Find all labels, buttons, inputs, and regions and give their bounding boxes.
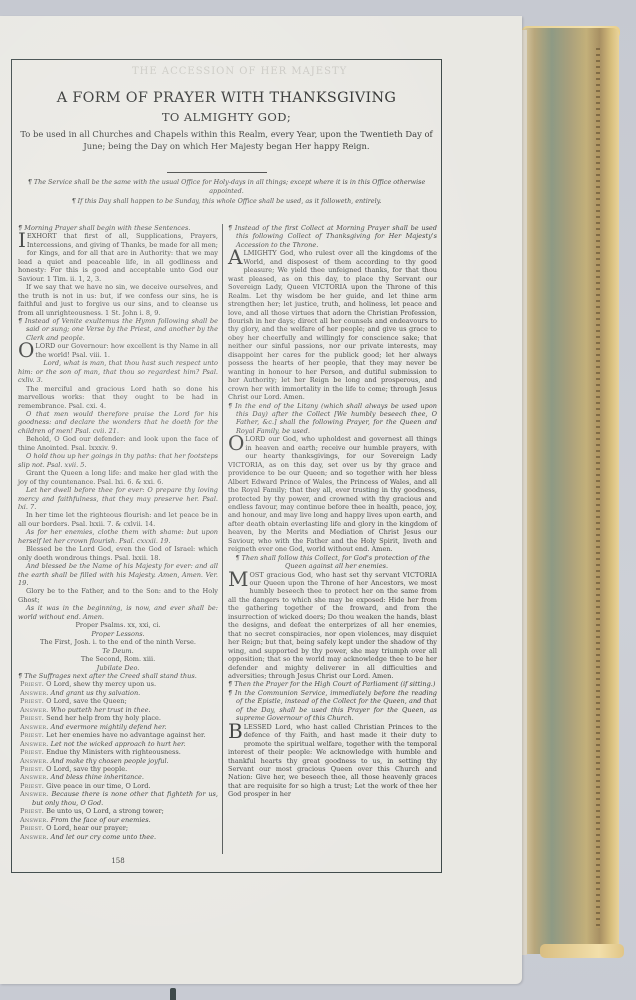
sentence: If we say that we have no sin, we deceiv… xyxy=(18,283,218,317)
collect-text: OST gracious God, who hast set thy serva… xyxy=(228,571,437,680)
hymn-verse: Behold, O God our defender: and look upo… xyxy=(18,435,218,452)
hymn-verse: And blessed be the Name of his Majesty f… xyxy=(18,562,218,587)
ribbon-marker xyxy=(170,988,176,1000)
service-note: ¶ The Service shall be the same with the… xyxy=(18,178,435,195)
suffrage-line: Answer. From the face of our enemies. xyxy=(18,816,218,824)
hymn-verse: Let her dwell before thee for ever: O pr… xyxy=(18,486,218,511)
suffrage-text: Be unto us, O Lord, a strong tower; xyxy=(46,807,164,815)
suffrage-text: From the face of our enemies. xyxy=(51,816,151,824)
drop-cap: O xyxy=(228,435,244,452)
rubric: ¶ Then the Prayer for the High Court of … xyxy=(228,680,437,688)
hymn-verse: The merciful and gracious Lord hath so d… xyxy=(18,385,218,410)
suffrage-line: Priest. O Lord, hear our prayer; xyxy=(18,824,218,832)
speaker-role: Priest. xyxy=(20,731,44,739)
rubric: ¶ In the Communion Service, immediately … xyxy=(228,689,437,723)
column-divider xyxy=(222,224,223,854)
suffrage-line: Priest. Endue thy Ministers with righteo… xyxy=(18,748,218,756)
speaker-role: Answer. xyxy=(20,833,49,841)
speaker-role: Answer. xyxy=(20,689,49,697)
suffrage-text: O Lord, hear our prayer; xyxy=(46,824,128,832)
suffrages-list: Priest. O Lord, shew thy mercy upon us. … xyxy=(18,680,218,841)
speaker-role: Answer. xyxy=(20,790,49,798)
verse-text: LORD our Governour: how excellent is thy… xyxy=(35,342,218,358)
suffrage-line: Priest. Send her help from thy holy plac… xyxy=(18,714,218,722)
suffrage-text: O Lord, save thy people. xyxy=(46,765,127,773)
speaker-role: Answer. xyxy=(20,723,49,731)
page-number: 158 xyxy=(12,857,224,865)
suffrage-text: Send her help from thy holy place. xyxy=(46,714,161,722)
suffrage-text: And grant us thy salvation. xyxy=(51,689,141,697)
suffrage-text: Endue thy Ministers with righteousness. xyxy=(46,748,181,756)
speaker-role: Priest. xyxy=(20,748,44,756)
suffrage-text: O Lord, shew thy mercy upon us. xyxy=(46,680,156,688)
suffrage-line: Answer. And let our cry come unto thee. xyxy=(18,833,218,841)
suffrage-line: Answer. And make thy chosen people joyfu… xyxy=(18,757,218,765)
page-frame: THE ACCESSION OF HER MAJESTY A FORM OF P… xyxy=(11,59,442,873)
rubric: ¶ The Suffrages next after the Creed sha… xyxy=(18,672,218,680)
suffrage-line: Priest. O Lord, save the Queen; xyxy=(18,697,218,705)
speaker-role: Answer. xyxy=(20,773,49,781)
hymn-verse: OLORD our Governour: how excellent is th… xyxy=(18,342,218,359)
drop-cap: A xyxy=(228,249,242,266)
drop-cap: O xyxy=(18,342,34,359)
sentence-text: EXHORT that first of all, Supplications,… xyxy=(18,232,218,282)
hymn-verse: Glory be to the Father, and to the Son: … xyxy=(18,587,218,604)
page-title: A FORM OF PRAYER WITH THANKSGIVING xyxy=(12,90,441,106)
collect: MOST gracious God, who hast set thy serv… xyxy=(228,571,437,681)
suffrage-text: Because there is none other that fightet… xyxy=(32,790,218,806)
speaker-role: Priest. xyxy=(20,714,44,722)
suffrage-line: Answer. And grant us thy salvation. xyxy=(18,689,218,697)
speaker-role: Priest. xyxy=(20,807,44,815)
suffrage-text: And let our cry come unto thee. xyxy=(51,833,156,841)
te-deum: Te Deum. xyxy=(18,647,218,655)
suffrage-line: Answer. And evermore mightily defend her… xyxy=(18,723,218,731)
book-page: THE ACCESSION OF HER MAJESTY A FORM OF P… xyxy=(0,16,522,984)
suffrage-text: And bless thine inheritance. xyxy=(51,773,144,781)
speaker-role: Priest. xyxy=(20,680,44,688)
suffrage-text: O Lord, save the Queen; xyxy=(46,697,127,705)
gilt-page-edges xyxy=(523,28,619,954)
suffrage-line: Priest. Give peace in our time, O Lord. xyxy=(18,782,218,790)
page-subtitle: TO ALMIGHTY GOD; xyxy=(12,110,441,124)
proper-psalms: Proper Psalms. xx, xxi, ci. xyxy=(18,621,218,629)
hymn-verse: O that men would therefore praise the Lo… xyxy=(18,410,218,435)
suffrage-line: Answer. Who putteth her trust in thee. xyxy=(18,706,218,714)
prayer-text: LORD our God, who upholdest and governes… xyxy=(228,435,437,553)
drop-cap: M xyxy=(228,571,248,588)
hymn-verse: Lord, what is man, that thou hast such r… xyxy=(18,359,218,384)
suffrage-line: Answer. Let not the wicked approach to h… xyxy=(18,740,218,748)
proper-lessons: Proper Lessons. xyxy=(18,630,218,638)
speaker-role: Answer. xyxy=(20,816,49,824)
hymn-verse: Grant the Queen a long life: and make he… xyxy=(18,469,218,486)
jubilate: Jubilate Deo. xyxy=(18,664,218,672)
speaker-role: Answer. xyxy=(20,757,49,765)
speaker-role: Answer. xyxy=(20,740,49,748)
suffrage-line: Priest. O Lord, shew thy mercy upon us. xyxy=(18,680,218,688)
speaker-role: Priest. xyxy=(20,824,44,832)
hymn-verse: O hold thou up her goings in thy paths: … xyxy=(18,452,218,469)
speaker-role: Priest. xyxy=(20,765,44,773)
drop-cap: B xyxy=(228,723,243,740)
suffrage-text: And make thy chosen people joyful. xyxy=(51,757,169,765)
suffrage-line: Priest. Be unto us, O Lord, a strong tow… xyxy=(18,807,218,815)
first-lesson: The First, Josh. i. to the end of the ni… xyxy=(18,638,218,646)
suffrage-text: Who putteth her trust in thee. xyxy=(51,706,151,714)
speaker-role: Priest. xyxy=(20,782,44,790)
rubric: ¶ Then shall follow this Collect, for Go… xyxy=(228,554,437,571)
hymn-verse: Blessed be the Lord God, even the God of… xyxy=(18,545,218,562)
rubric: ¶ Instead of the first Collect at Mornin… xyxy=(228,224,437,249)
suffrage-line: Answer. Because there is none other that… xyxy=(18,790,218,807)
collect: ALMIGHTY God, who rulest over all the ki… xyxy=(228,249,437,401)
gilt-edge-bottom xyxy=(540,944,624,958)
hymn-verse: In her time let the righteous flourish: … xyxy=(18,511,218,528)
suffrage-text: And evermore mightily defend her. xyxy=(51,723,167,731)
rubric: ¶ Instead of Venite exultemus the Hymn f… xyxy=(18,317,218,342)
hymn-verse: As it was in the beginning, is now, and … xyxy=(18,604,218,621)
prayer-text: LESSED Lord, who hast called Christian P… xyxy=(228,723,437,799)
hymn-verse: As for her enemies, clothe them with sha… xyxy=(18,528,218,545)
title-rule xyxy=(167,172,267,173)
left-column: ¶ Morning Prayer shall begin with these … xyxy=(18,224,218,841)
suffrage-line: Answer. And bless thine inheritance. xyxy=(18,773,218,781)
speaker-role: Priest. xyxy=(20,697,44,705)
prayer: BLESSED Lord, who hast called Christian … xyxy=(228,723,437,799)
rubric: ¶ In the end of the Litany (which shall … xyxy=(228,402,437,436)
sentence: IEXHORT that first of all, Supplications… xyxy=(18,232,218,283)
prayer: OLORD our God, who upholdest and governe… xyxy=(228,435,437,553)
suffrage-text: Let not the wicked approach to hurt her. xyxy=(51,740,186,748)
second-lesson: The Second, Rom. xiii. xyxy=(18,655,218,663)
show-through-header: THE ACCESSION OF HER MAJESTY xyxy=(132,66,347,77)
suffrage-text: Give peace in our time, O Lord. xyxy=(46,782,150,790)
sunday-note: ¶ If this Day shall happen to be Sunday,… xyxy=(18,197,435,206)
right-column: ¶ Instead of the first Collect at Mornin… xyxy=(228,224,437,799)
page-description: To be used in all Churches and Chapels w… xyxy=(20,128,433,152)
suffrage-line: Priest. Let her enemies have no advantag… xyxy=(18,731,218,739)
collect-text: LMIGHTY God, who rulest over all the kin… xyxy=(228,249,437,401)
drop-cap: I xyxy=(18,232,26,249)
speaker-role: Answer. xyxy=(20,706,49,714)
suffrage-text: Let her enemies have no advantage agains… xyxy=(46,731,205,739)
suffrage-line: Priest. O Lord, save thy people. xyxy=(18,765,218,773)
gilt-bead-decoration xyxy=(596,48,600,928)
